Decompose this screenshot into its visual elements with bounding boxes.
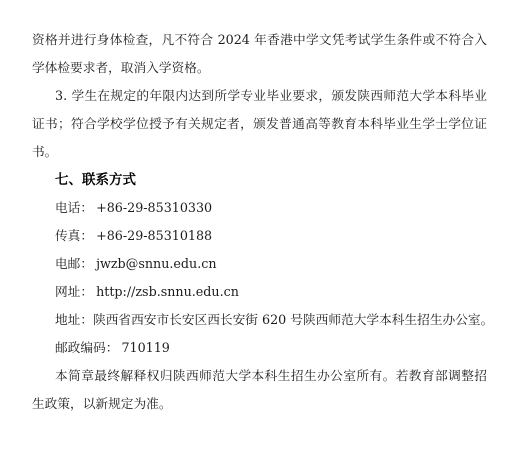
contact-row-postal-code: 邮政编码：710119: [32, 334, 487, 362]
phone-value: +86-29-85310330: [96, 200, 212, 215]
contact-row-address: 地址：陕西省西安市长安区西长安街 620 号陕西师范大学本科生招生办公室。: [32, 306, 487, 334]
text-line: 学体检要求者，取消入学资格。: [32, 54, 487, 82]
postal-code-label: 邮政编码：: [55, 340, 118, 355]
paragraph-graduation-certificate: 3. 学生在规定的年限内达到所学专业毕业要求，颁发陕西师范大学本科毕业 证书；符…: [32, 82, 487, 166]
website-label: 网址：: [55, 284, 93, 299]
address-label: 地址：: [55, 312, 93, 327]
contact-list: 电话：+86-29-85310330 传真：+86-29-85310188 电邮…: [32, 194, 487, 362]
contact-row-fax: 传真：+86-29-85310188: [32, 222, 487, 250]
email-label: 电邮：: [55, 256, 93, 271]
phone-label: 电话：: [55, 200, 93, 215]
text-line: 书。: [32, 138, 487, 166]
fax-label: 传真：: [55, 228, 93, 243]
paragraph-disclaimer: 本简章最终解释权归陕西师范大学本科生招生办公室所有。若教育部调整招 生政策，以新…: [32, 362, 487, 418]
contact-row-phone: 电话：+86-29-85310330: [32, 194, 487, 222]
fax-value: +86-29-85310188: [96, 228, 212, 243]
text-line: 本简章最终解释权归陕西师范大学本科生招生办公室所有。若教育部调整招: [32, 362, 487, 390]
section-heading-contact-info: 七、联系方式: [32, 166, 487, 194]
text-line: 资格并进行身体检查，凡不符合 2024 年香港中学文凭考试学生条件或不符合入: [32, 26, 487, 54]
contact-row-website: 网址：http://zsb.snnu.edu.cn: [32, 278, 487, 306]
website-value: http://zsb.snnu.edu.cn: [96, 284, 239, 299]
paragraph-admission-check: 资格并进行身体检查，凡不符合 2024 年香港中学文凭考试学生条件或不符合入 学…: [32, 26, 487, 82]
contact-row-email: 电邮：jwzb@snnu.edu.cn: [32, 250, 487, 278]
text-line: 证书；符合学校学位授予有关规定者，颁发普通高等教育本科毕业生学士学位证: [32, 110, 487, 138]
text-line: 3. 学生在规定的年限内达到所学专业毕业要求，颁发陕西师范大学本科毕业: [32, 82, 487, 110]
text-line: 生政策，以新规定为准。: [32, 390, 487, 418]
address-value: 陕西省西安市长安区西长安街 620 号陕西师范大学本科生招生办公室。: [93, 312, 493, 327]
document-page: 资格并进行身体检查，凡不符合 2024 年香港中学文凭考试学生条件或不符合入 学…: [0, 0, 518, 476]
email-value: jwzb@snnu.edu.cn: [96, 256, 216, 271]
postal-code-value: 710119: [121, 340, 169, 355]
